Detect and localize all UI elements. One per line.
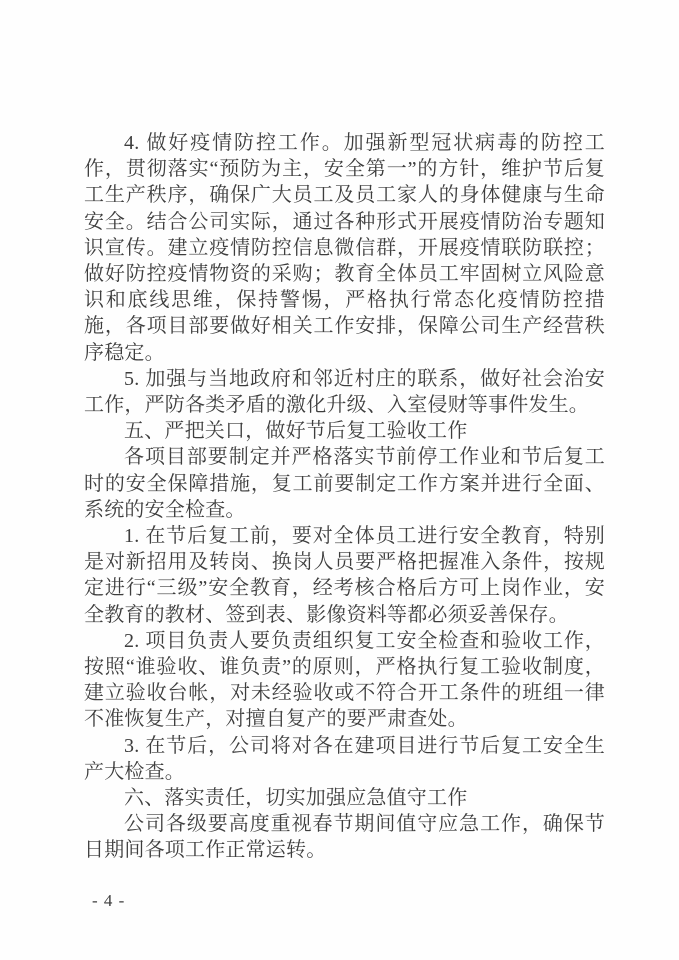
paragraph-section6-intro: 公司各级要高度重视春节期间值守应急工作，确保节日期间各项工作正常运转。 xyxy=(84,811,605,863)
section-heading-6: 六、落实责任，切实加强应急值守工作 xyxy=(84,785,605,811)
paragraph-item-2: 2. 项目负责人要负责组织复工安全检查和验收工作，按照“谁验收、谁负责”的原则，… xyxy=(84,628,605,733)
page-number: - 4 - xyxy=(92,891,125,911)
paragraph-item-4: 4. 做好疫情防控工作。加强新型冠状病毒的防控工作，贯彻落实“预防为主，安全第一… xyxy=(84,130,605,366)
document-content: 4. 做好疫情防控工作。加强新型冠状病毒的防控工作，贯彻落实“预防为主，安全第一… xyxy=(84,130,605,864)
paragraph-item-5: 5. 加强与当地政府和邻近村庄的联系，做好社会治安工作，严防各类矛盾的激化升级、… xyxy=(84,366,605,418)
document-page: 4. 做好疫情防控工作。加强新型冠状病毒的防控工作，贯彻落实“预防为主，安全第一… xyxy=(0,0,679,960)
paragraph-item-1: 1. 在节后复工前，要对全体员工进行安全教育，特别是对新招用及转岗、换岗人员要严… xyxy=(84,523,605,628)
section-heading-5: 五、严把关口，做好节后复工验收工作 xyxy=(84,418,605,444)
paragraph-section5-intro: 各项目部要制定并严格落实节前停工作业和节后复工时的安全保障措施，复工前要制定工作… xyxy=(84,444,605,523)
paragraph-item-3: 3. 在节后，公司将对各在建项目进行节后复工安全生产大检查。 xyxy=(84,733,605,785)
